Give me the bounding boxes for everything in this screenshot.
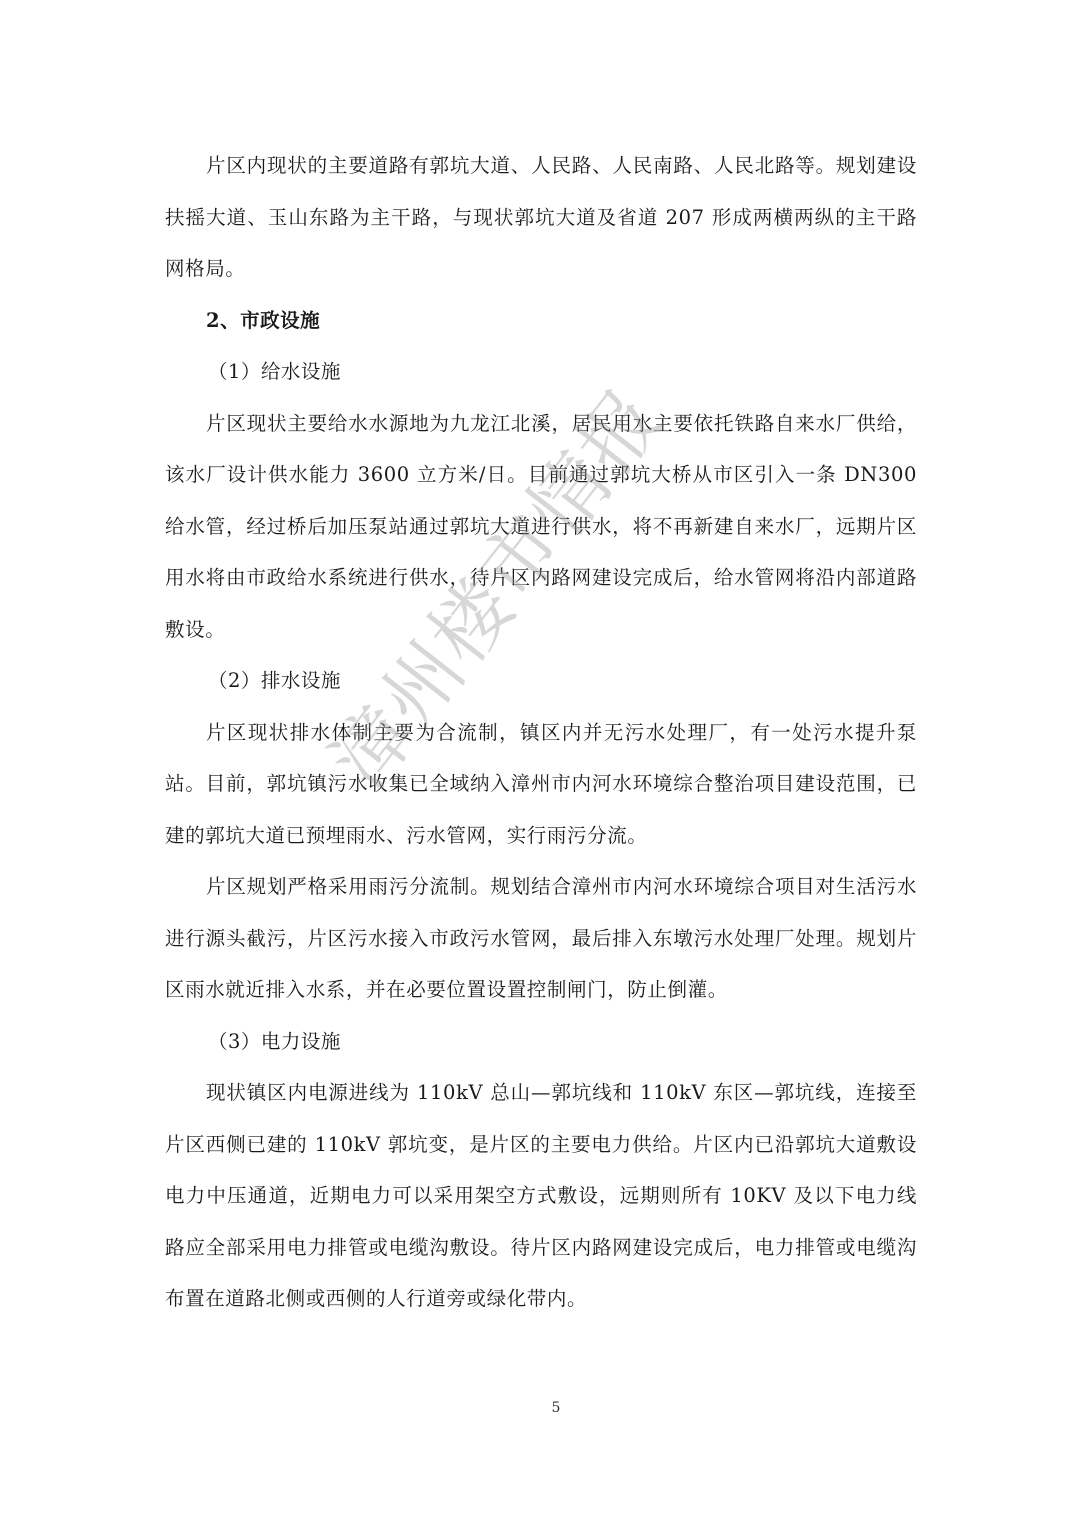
section-heading-municipal-facilities: 2、市政设施 bbox=[165, 295, 917, 347]
paragraph-power: 现状镇区内电源进线为 110kV 总山—郭坑线和 110kV 东区—郭坑线，连接… bbox=[165, 1067, 917, 1325]
subheading-water-supply: （1）给水设施 bbox=[165, 346, 917, 398]
paragraph-drainage-plan: 片区规划严格采用雨污分流制。规划结合漳州市内河水环境综合项目对生活污水进行源头截… bbox=[165, 861, 917, 1016]
paragraph-water-supply: 片区现状主要给水水源地为九龙江北溪，居民用水主要依托铁路自来水厂供给，该水厂设计… bbox=[165, 398, 917, 656]
paragraph-road-network: 片区内现状的主要道路有郭坑大道、人民路、人民南路、人民北路等。规划建设扶摇大道、… bbox=[165, 140, 917, 295]
document-page: 片区内现状的主要道路有郭坑大道、人民路、人民南路、人民北路等。规划建设扶摇大道、… bbox=[0, 0, 1080, 1527]
page-number: 5 bbox=[0, 1400, 1080, 1416]
subheading-drainage: （2）排水设施 bbox=[165, 655, 917, 707]
page-content: 片区内现状的主要道路有郭坑大道、人民路、人民南路、人民北路等。规划建设扶摇大道、… bbox=[165, 140, 917, 1325]
subheading-power: （3）电力设施 bbox=[165, 1016, 917, 1068]
paragraph-drainage-current: 片区现状排水体制主要为合流制，镇区内并无污水处理厂，有一处污水提升泵站。目前，郭… bbox=[165, 707, 917, 862]
